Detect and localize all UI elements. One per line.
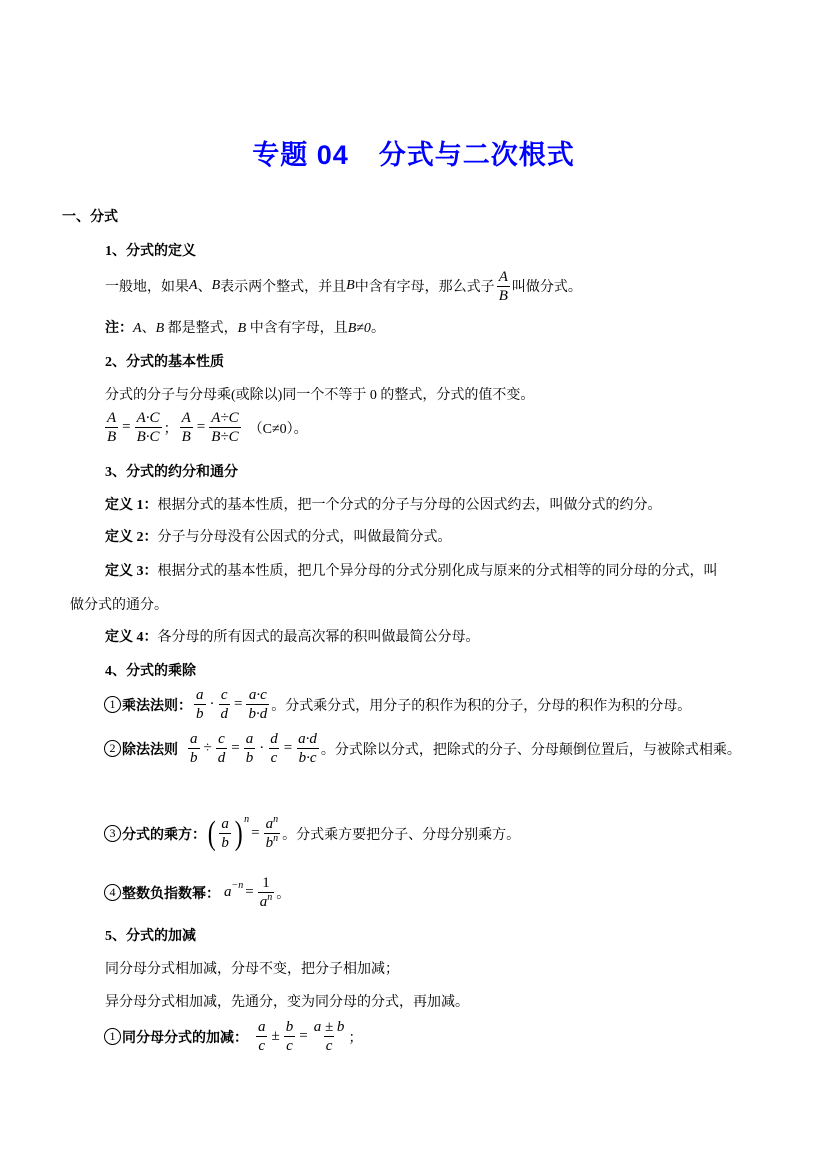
rule-label: 同分母分式的加减：	[122, 1027, 248, 1047]
equals: =	[284, 740, 292, 757]
var-a: A	[133, 321, 142, 336]
rule-label: 分式的乘方：	[122, 824, 206, 844]
circled-number: 1	[104, 1028, 121, 1045]
rule-negative-exponent: 4 整数负指数幂： a−n = 1an 。	[104, 874, 290, 911]
basic-property-text: 分式的分子与分母乘(或除以)同一个不等于 0 的整式，分式的值不变。	[105, 384, 534, 404]
add-sub-line-1: 同分母分式相加减，分母不变，把分子相加减；	[105, 958, 399, 978]
condition: （C≠0）。	[249, 418, 308, 438]
definition-1: 定义 1：根据分式的基本性质，把一个分式的分子与分母的公因式约去，叫做分式的约分…	[105, 494, 662, 514]
var-b: B	[238, 321, 247, 336]
fraction: ac	[256, 1018, 268, 1055]
fraction: dc	[268, 730, 280, 767]
note-label: 注：	[105, 321, 133, 336]
rule-label: 除法法则	[122, 739, 178, 759]
text: 。	[371, 321, 385, 336]
subsection-heading-reduction: 3、分式的约分和通分	[105, 461, 238, 481]
equals: =	[245, 884, 253, 901]
dot: ·	[210, 696, 215, 713]
text: 表示两个整式，并且	[220, 276, 346, 296]
subsection-heading-add-sub: 5、分式的加减	[105, 925, 196, 945]
rule-same-denominator: 1 同分母分式的加减： ac ± bc = a ± bc ；	[104, 1018, 362, 1055]
fraction: cd	[216, 730, 228, 767]
subsection-heading-basic-property: 2、分式的基本性质	[105, 351, 224, 371]
add-sub-line-2: 异分母分式相加减，先通分，变为同分母的分式，再加减。	[105, 991, 469, 1011]
plus-minus: ±	[272, 1028, 280, 1045]
condition: B≠0	[348, 321, 371, 336]
fraction: 1an	[258, 874, 275, 911]
text: 、	[142, 321, 156, 336]
dot: ·	[259, 740, 264, 757]
divide: ÷	[204, 740, 212, 757]
equals: =	[234, 696, 242, 713]
fraction: a·db·c	[296, 730, 319, 767]
rule-text: 。分式除以分式，把除式的分子、分母颠倒位置后，与被除式相乘。	[321, 739, 741, 759]
equals: =	[231, 740, 239, 757]
equals: =	[299, 1028, 307, 1045]
fraction: anbn	[264, 815, 281, 852]
fraction: ab	[194, 686, 206, 723]
definition-2: 定义 2：分子与分母没有公因式的分式，叫做最简分式。	[105, 526, 452, 546]
var-b: B	[212, 278, 221, 294]
definition-4: 定义 4：各分母的所有因式的最高次幂的积叫做最简公分母。	[105, 626, 480, 646]
circled-number: 2	[104, 740, 121, 757]
definition-paragraph: 一般地，如果 A、B 表示两个整式，并且 B 中含有字母，那么式子 AB 叫做分…	[105, 266, 582, 306]
var-a: A	[189, 278, 198, 294]
equals: =	[122, 419, 130, 436]
basic-property-formula: AB = A·CB·C ； AB = A÷CB÷C （C≠0）。	[103, 409, 308, 446]
fraction: A·CB·C	[135, 409, 162, 446]
circled-number: 1	[104, 696, 121, 713]
fraction: ab	[244, 730, 256, 767]
fraction-a-over-b: AB	[497, 268, 510, 305]
text: 叫做分式。	[512, 276, 582, 296]
fraction: AB	[180, 409, 193, 446]
section-heading-fractions: 一、分式	[62, 206, 118, 226]
fraction: cd	[219, 686, 231, 723]
circled-number: 4	[104, 884, 121, 901]
rule-multiplication: 1 乘法法则： ab · cd = a·cb·d 。分式乘分式，用分子的积作为积…	[104, 686, 691, 723]
text: 中含有字母，且	[250, 321, 348, 336]
fraction: a ± bc	[312, 1018, 347, 1055]
title-prefix: 专题 04	[252, 140, 349, 170]
var-b: B	[156, 321, 165, 336]
subsection-heading-definition: 1、分式的定义	[105, 240, 196, 260]
text: 一般地，如果	[105, 276, 189, 296]
fraction: AB	[105, 409, 118, 446]
title-main: 分式与二次根式	[379, 140, 575, 170]
fraction: bc	[284, 1018, 296, 1055]
equals: =	[197, 419, 205, 436]
fraction: ab	[219, 815, 231, 852]
right-paren: )	[235, 817, 243, 851]
text: 都是整式，	[168, 321, 238, 336]
definition-3: 定义 3：根据分式的基本性质，把几个异分母的分式分别化成与原来的分式相等的同分母…	[105, 560, 718, 580]
exponent: n	[244, 814, 249, 825]
rule-text: 。分式乘方要把分子、分母分别乘方。	[282, 824, 520, 844]
equals: =	[251, 825, 259, 842]
fraction: A÷CB÷C	[209, 409, 240, 446]
text: 、	[198, 276, 212, 296]
rule-division: 2 除法法则 ab ÷ cd = ab · dc = a·db·c 。分式除以分…	[104, 730, 741, 767]
rule-text: 。	[276, 883, 290, 903]
rule-label: 乘法法则：	[122, 695, 192, 715]
rule-power: 3 分式的乘方： ( ab ) n = anbn 。分式乘方要把分子、分母分别乘…	[104, 815, 520, 852]
rule-label: 整数负指数幂：	[122, 883, 220, 903]
page-title: 专题 04分式与二次根式	[0, 133, 827, 172]
power-expression: a−n	[224, 884, 243, 901]
text: 中含有字母，那么式子	[355, 276, 495, 296]
subsection-heading-mult-div: 4、分式的乘除	[105, 660, 196, 680]
text: ；	[164, 418, 178, 438]
note-paragraph: 注：A、B 都是整式，B 中含有字母，且B≠0。	[105, 317, 385, 337]
fraction: a·cb·d	[246, 686, 269, 723]
fraction: ab	[188, 730, 200, 767]
left-paren: (	[208, 817, 216, 851]
circled-number: 3	[104, 825, 121, 842]
rule-text: 。分式乘分式，用分子的积作为积的分子，分母的积作为积的分母。	[271, 695, 691, 715]
definition-3-continuation: 做分式的通分。	[70, 594, 168, 614]
var-b: B	[346, 278, 355, 294]
text: ；	[348, 1027, 362, 1047]
